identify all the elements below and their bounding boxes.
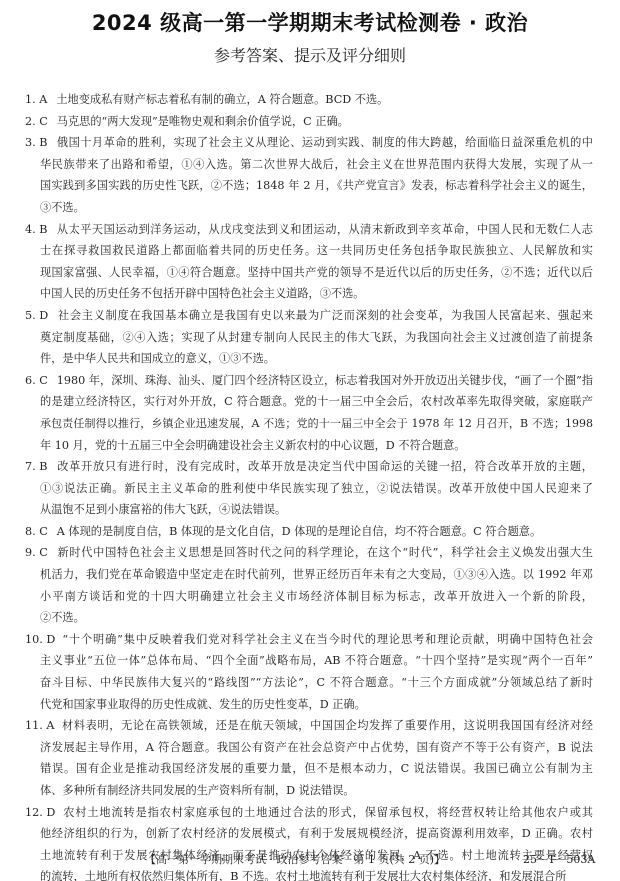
answer-explanation-text: 新时代中国特色社会主义思想是回答时代之问的科学理论，在这个“时代”，科学社会主义…	[57, 546, 593, 559]
answer-continuation-line: 他经济组织的行为，创新了农村经济的发展模式，有利于发展规模经济，提高资源利用效率…	[0, 823, 593, 845]
answer-explanation-text: 小平南方谈话和党的十四大明确建立社会主义市场经济体制目标为标志，改革开放进入一个…	[40, 590, 593, 603]
answer-explanation-text: 的流转，土地所有权依然归集体所有，B 不选。农村土地流转有利于发展壮大农村集体经…	[40, 870, 566, 881]
answer-continuation-line: 奋斗目标、中华民族伟大复兴的“路线图”“方法论”，C 不符合题意。“十三个方面成…	[0, 672, 593, 694]
answer-number: 4. B	[25, 219, 47, 241]
answer-explanation-text: 从太平天国运动到洋务运动，从戊戌变法到义和团运动，从清末新政到辛亥革命，中国人民…	[56, 223, 593, 236]
answer-explanation-text: 马克思的“两大发现”是唯物史观和剩余价值学说，C 正确。	[57, 115, 349, 128]
answer-continuation-line: 机活力，我们党在革命锻造中坚定走在时代前列，世界正经历百年未有之大变局，①③④入…	[0, 564, 593, 586]
answer-first-line: 4. B从太平天国运动到洋务运动，从戊戌变法到义和团运动，从清末新政到辛亥革命，…	[0, 219, 593, 241]
answer-item: 11. A材料表明，无论在高铁领域，还是在航天领域，中国国企均发挥了重要作用，这…	[0, 715, 620, 801]
answer-number: 5. D	[25, 305, 48, 327]
answer-first-line: 8. CA 体现的是制度自信，B 体现的是文化自信，D 体现的是理论自信，均不符…	[0, 521, 593, 543]
answer-continuation-line: 的是建立经济特区，实行对外开放，C 符合题意。党的十一届三中全会后，农村改革率先…	[0, 391, 593, 413]
answer-number: 9. C	[25, 542, 48, 564]
answer-explanation-text: 国实践到多国实践的历史性飞跃，②不选；1848 年 2 月，《共产党宣言》发表，…	[40, 179, 593, 192]
document-subtitle: 参考答案、提示及评分细则	[0, 44, 620, 68]
answer-continuation-line: ②不选。	[0, 607, 593, 629]
answer-continuation-line: 代党和国家事业取得的历史性成就、发生的历史性变革，D 正确。	[0, 694, 593, 716]
answer-explanation-text: 奠定制度基础，②④入选；实现了从封建专制向人民民主的伟大飞跃，为我国向社会主义过…	[40, 331, 593, 344]
answer-continuation-line: 从温饱不足到小康富裕的伟大飞跃，④说法错误。	[0, 499, 593, 521]
answer-explanation-text: 他经济组织的行为，创新了农村经济的发展模式，有利于发展规模经济，提高资源利用效率…	[40, 827, 593, 840]
answer-explanation-text: 代党和国家事业取得的历史性成就、发生的历史性变革，D 正确。	[40, 698, 366, 711]
answer-continuation-line: 小平南方谈话和党的十四大明确建立社会主义市场经济体制目标为标志，改革开放进入一个…	[0, 586, 593, 608]
answer-number: 12. D	[25, 802, 55, 824]
answer-explanation-text: 现国家富强、人民幸福，①④符合题意。坚持中国共产党的领导不是近代以后的历史任务，…	[40, 266, 593, 279]
page-footer: 【高一第一学期期末考试 · 政治参考答案 第 1 页(共 2 页)】 25－T－…	[0, 850, 620, 870]
answer-explanation-text: 年 10 月，党的十五届三中全会明确建设社会主义新农村的中心议题，D 不符合题意…	[40, 439, 465, 452]
answer-continuation-line: 奠定制度基础，②④入选；实现了从封建专制向人民民主的伟大飞跃，为我国向社会主义过…	[0, 327, 593, 349]
answer-continuation-line: 错误。国有企业是推动我国经济发展的重要力量，但不是根本动力，C 说法错误。我国已…	[0, 758, 593, 780]
answer-explanation-text: 俄国十月革命的胜利，实现了社会主义从理论、运动到实践、制度的伟大跨越，给面临日益…	[56, 136, 593, 149]
answer-explanation-text: A 体现的是制度自信，B 体现的是文化自信，D 体现的是理论自信，均不符合题意。…	[57, 525, 541, 538]
answer-explanation-text: 的是建立经济特区，实行对外开放，C 符合题意。党的十一届三中全会后，农村改革率先…	[40, 395, 593, 408]
answer-continuation-line: 体、多种所有制经济共同发展的生产资料所有制，D 说法错误。	[0, 780, 593, 802]
answer-item: 2. C马克思的“两大发现”是唯物史观和剩余价值学说，C 正确。	[0, 111, 620, 133]
answer-explanation-text: 改革开放只有进行时，没有完成时，改革开放是决定当代中国命运的关键一招，符合改革开…	[56, 460, 593, 473]
answer-item: 1. A土地变成私有财产标志着私有制的确立，A 符合题意。BCD 不选。	[0, 89, 620, 111]
answer-continuation-line: 现国家富强、人民幸福，①④符合题意。坚持中国共产党的领导不是近代以后的历史任务，…	[0, 262, 593, 284]
answer-item: 8. CA 体现的是制度自信，B 体现的是文化自信，D 体现的是理论自信，均不符…	[0, 521, 620, 543]
answer-number: 1. A	[25, 89, 47, 111]
answer-number: 8. C	[25, 521, 48, 543]
answer-first-line: 10. D“十个明确”集中反映着我们党对科学社会主义在当今时代的理论思考和理论贡…	[0, 629, 593, 651]
answer-item: 10. D“十个明确”集中反映着我们党对科学社会主义在当今时代的理论思考和理论贡…	[0, 629, 620, 715]
answer-item: 3. B俄国十月革命的胜利，实现了社会主义从理论、运动到实践、制度的伟大跨越，给…	[0, 132, 620, 218]
answer-explanation-text: 主义事业“五位一体”总体布局、“四个全面”战略布局，AB 不符合题意。“十四个坚…	[40, 654, 593, 667]
answer-first-line: 1. A土地变成私有财产标志着私有制的确立，A 符合题意。BCD 不选。	[0, 89, 593, 111]
answer-explanation-text: 中国人民的历史任务不包括开辟中国特色社会主义道路，③不选。	[40, 287, 364, 300]
answer-first-line: 11. A材料表明，无论在高铁领域，还是在航天领域，中国国企均发挥了重要作用，这…	[0, 715, 593, 737]
answer-number: 2. C	[25, 111, 48, 133]
document-title: 2024 级高一第一学期期末考试检测卷 · 政治	[0, 8, 620, 38]
answer-number: 6. C	[25, 370, 48, 392]
answer-explanation-text: 件，是中华人民共和国成立的意义，①③不选。	[40, 352, 275, 365]
answer-explanation-text: 机活力，我们党在革命锻造中坚定走在时代前列，世界正经历百年未有之大变局，①③④入…	[40, 568, 593, 581]
answer-first-line: 6. C1980 年，深圳、珠海、汕头、厦门四个经济特区设立，标志着我国对外开放…	[0, 370, 593, 392]
answer-item: 9. C新时代中国特色社会主义思想是回答时代之问的科学理论，在这个“时代”，科学…	[0, 542, 620, 628]
answer-item: 5. D社会主义制度在我国基本确立是我国有史以来最为广泛而深刻的社会变革，为我国…	[0, 305, 620, 370]
answer-explanation-text: 农村土地流转是指农村家庭承包的土地通过合法的形式，保留承包权，将经营权转让给其他…	[62, 806, 593, 819]
answer-item: 4. B从太平天国运动到洋务运动，从戊戌变法到义和团运动，从清末新政到辛亥革命，…	[0, 219, 620, 305]
answer-explanation-text: ①③说法正确。新民主主义革命的胜利使中华民族实现了独立，②说法错误。改革开放使中…	[40, 482, 593, 495]
answer-continuation-line: 华民族带来了出路和希望，①④入选。第二次世界大战后，社会主义在世界范围内获得大发…	[0, 154, 593, 176]
answer-continuation-line: 主义事业“五位一体”总体布局、“四个全面”战略布局，AB 不符合题意。“十四个坚…	[0, 650, 593, 672]
answer-explanation-text: 奋斗目标、中华民族伟大复兴的“路线图”“方法论”，C 不符合题意。“十三个方面成…	[40, 676, 593, 689]
answer-list: 1. A土地变成私有财产标志着私有制的确立，A 符合题意。BCD 不选。2. C…	[0, 89, 620, 881]
answer-explanation-text: 士在探寻救国救民道路上都面临着共同的历史任务。这一共同历史任务包括争取民族独立、…	[40, 244, 593, 257]
answer-first-line: 2. C马克思的“两大发现”是唯物史观和剩余价值学说，C 正确。	[0, 111, 593, 133]
answer-explanation-text: 材料表明，无论在高铁领域，还是在航天领域，中国国企均发挥了重要作用，这说明我国国…	[61, 719, 593, 732]
footer-page-info: 【高一第一学期期末考试 · 政治参考答案 第 1 页(共 2 页)】	[145, 850, 445, 870]
answer-item: 7. B改革开放只有进行时，没有完成时，改革开放是决定当代中国命运的关键一招，符…	[0, 456, 620, 521]
answer-explanation-text: 错误。国有企业是推动我国经济发展的重要力量，但不是根本动力，C 说法错误。我国已…	[40, 762, 593, 775]
answer-explanation-text: 承包责任制得以推行，乡镇企业迅速发展，A 不选；党的十一届三中全会于 1978 …	[40, 417, 593, 430]
answer-continuation-line: 济发展起主导作用，A 符合题意。我国公有资产在社会总资产中占优势，国有资产不等于…	[0, 737, 593, 759]
answer-explanation-text: 济发展起主导作用，A 符合题意。我国公有资产在社会总资产中占优势，国有资产不等于…	[40, 741, 593, 754]
answer-continuation-line: 件，是中华人民共和国成立的意义，①③不选。	[0, 348, 593, 370]
answer-explanation-text: 体、多种所有制经济共同发展的生产资料所有制，D 说法错误。	[40, 784, 355, 797]
answer-first-line: 3. B俄国十月革命的胜利，实现了社会主义从理论、运动到实践、制度的伟大跨越，给…	[0, 132, 593, 154]
answer-first-line: 7. B改革开放只有进行时，没有完成时，改革开放是决定当代中国命运的关键一招，符…	[0, 456, 593, 478]
answer-explanation-text: 华民族带来了出路和希望，①④入选。第二次世界大战后，社会主义在世界范围内获得大发…	[40, 158, 593, 171]
answer-number: 3. B	[25, 132, 47, 154]
answer-continuation-line: 中国人民的历史任务不包括开辟中国特色社会主义道路，③不选。	[0, 283, 593, 305]
answer-explanation-text: 1980 年，深圳、珠海、汕头、厦门四个经济特区设立，标志着我国对外开放迈出关键…	[57, 374, 593, 387]
answer-number: 7. B	[25, 456, 47, 478]
answer-continuation-line: 国实践到多国实践的历史性飞跃，②不选；1848 年 2 月，《共产党宣言》发表，…	[0, 175, 593, 197]
answer-item: 6. C1980 年，深圳、珠海、汕头、厦门四个经济特区设立，标志着我国对外开放…	[0, 370, 620, 456]
answer-continuation-line: ①③说法正确。新民主主义革命的胜利使中华民族实现了独立，②说法错误。改革开放使中…	[0, 478, 593, 500]
answer-number: 10. D	[25, 629, 55, 651]
answer-first-line: 5. D社会主义制度在我国基本确立是我国有史以来最为广泛而深刻的社会变革，为我国…	[0, 305, 593, 327]
answer-explanation-text: 社会主义制度在我国基本确立是我国有史以来最为广泛而深刻的社会变革，为我国人民富起…	[57, 309, 593, 322]
answer-explanation-text: ③不选。	[40, 201, 85, 214]
answer-explanation-text: “十个明确”集中反映着我们党对科学社会主义在当今时代的理论思考和理论贡献，明确中…	[62, 633, 593, 646]
footer-doc-code: 25－T－503A	[523, 850, 595, 870]
answer-number: 11. A	[25, 715, 54, 737]
answer-explanation-text: ②不选。	[40, 611, 85, 624]
answer-explanation-text: 从温饱不足到小康富裕的伟大飞跃，④说法错误。	[40, 503, 286, 516]
answer-continuation-line: 年 10 月，党的十五届三中全会明确建设社会主义新农村的中心议题，D 不符合题意…	[0, 435, 593, 457]
answer-continuation-line: 士在探寻救国救民道路上都面临着共同的历史任务。这一共同历史任务包括争取民族独立、…	[0, 240, 593, 262]
answer-first-line: 12. D农村土地流转是指农村家庭承包的土地通过合法的形式，保留承包权，将经营权…	[0, 802, 593, 824]
answer-explanation-text: 土地变成私有财产标志着私有制的确立，A 符合题意。BCD 不选。	[56, 93, 388, 106]
answer-continuation-line: ③不选。	[0, 197, 593, 219]
answer-continuation-line: 承包责任制得以推行，乡镇企业迅速发展，A 不选；党的十一届三中全会于 1978 …	[0, 413, 593, 435]
answer-first-line: 9. C新时代中国特色社会主义思想是回答时代之问的科学理论，在这个“时代”，科学…	[0, 542, 593, 564]
